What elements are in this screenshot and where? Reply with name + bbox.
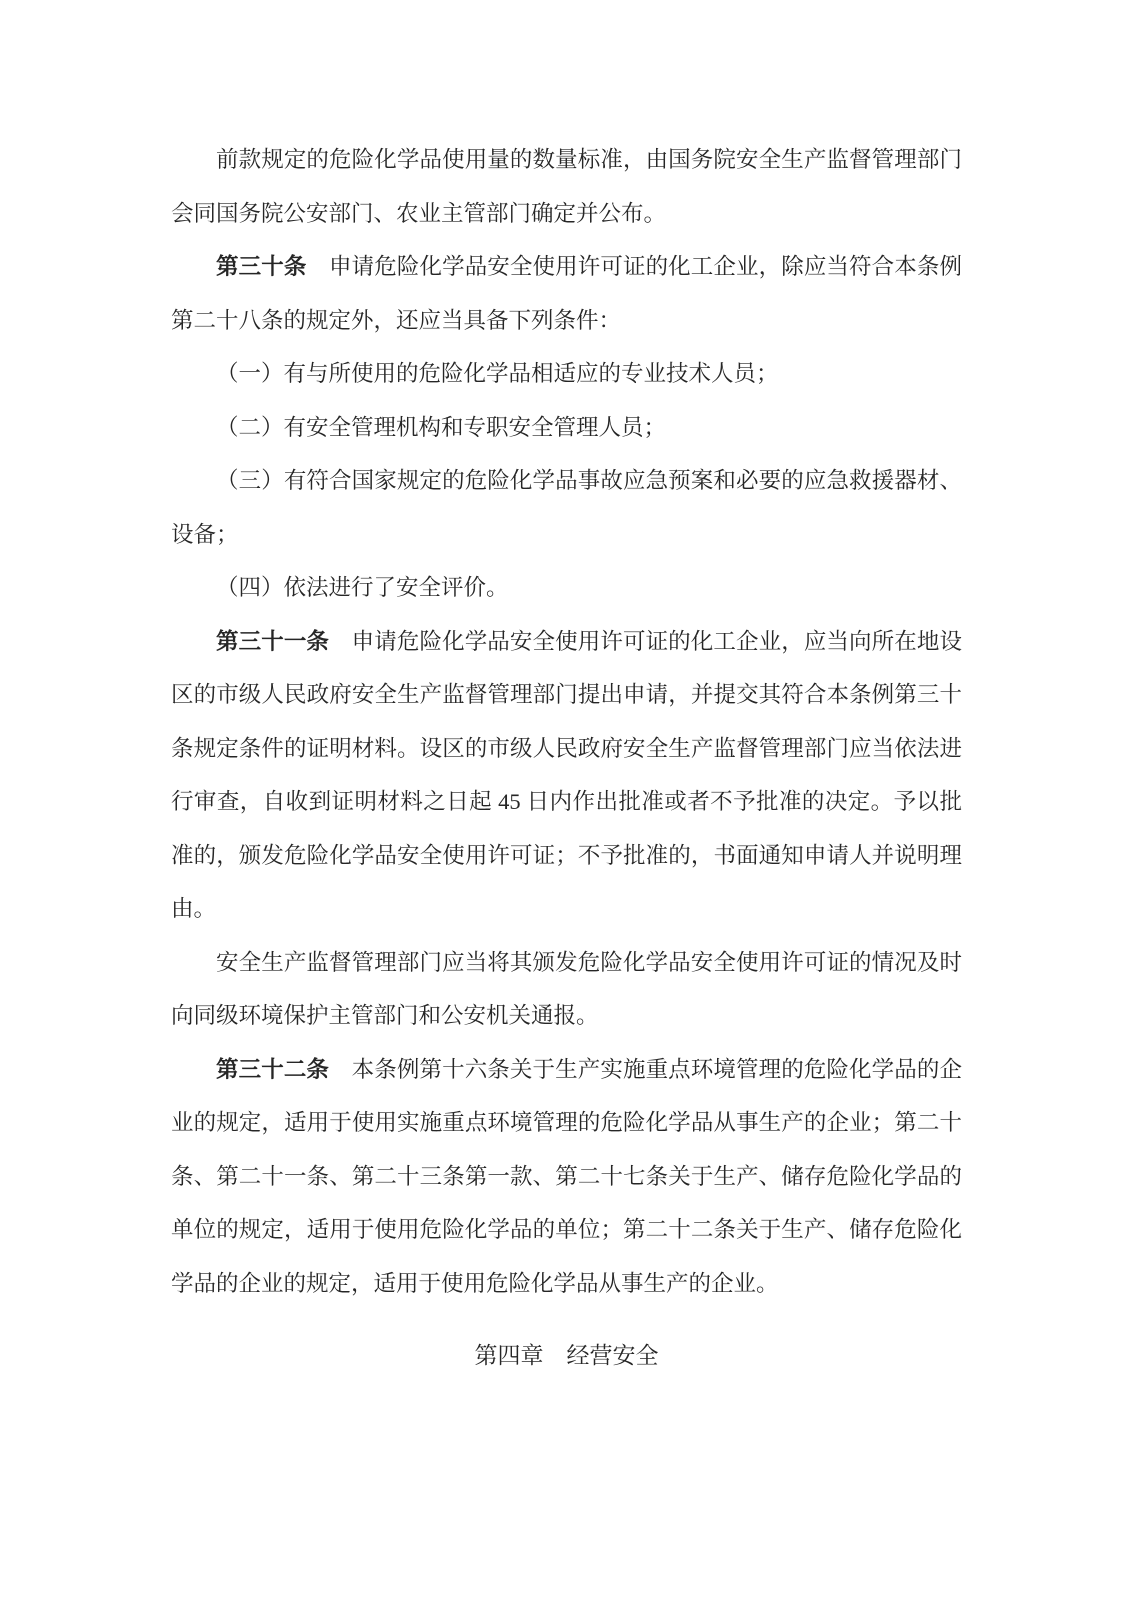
list-item-paragraph: （二）有安全管理机构和专职安全管理人员；: [171, 401, 962, 455]
article-number: 第三十条: [216, 254, 306, 279]
article-number: 第三十一条: [216, 629, 329, 654]
paragraph: 第三十一条 申请危险化学品安全使用许可证的化工企业，应当向所在地设区的市级人民政…: [171, 615, 962, 936]
paragraph-text: （二）有安全管理机构和专职安全管理人员；: [216, 415, 666, 440]
paragraph-text: （一）有与所使用的危险化学品相适应的专业技术人员；: [216, 361, 779, 386]
paragraph-text: 前款规定的危险化学品使用量的数量标准，由国务院安全生产监督管理部门会同国务院公安…: [171, 147, 962, 226]
paragraph: 安全生产监督管理部门应当将其颁发危险化学品安全使用许可证的情况及时向同级环境保护…: [171, 936, 962, 1043]
document-page: 前款规定的危险化学品使用量的数量标准，由国务院安全生产监督管理部门会同国务院公安…: [0, 0, 1132, 1600]
article-number: 第三十二条: [216, 1057, 329, 1082]
list-item-paragraph: （四）依法进行了安全评价。: [171, 561, 962, 615]
paragraph-text: 申请危险化学品安全使用许可证的化工企业，应当向所在地设区的市级人民政府安全生产监…: [171, 629, 962, 922]
paragraph-text: 本条例第十六条关于生产实施重点环境管理的危险化学品的企业的规定，适用于使用实施重…: [171, 1057, 962, 1296]
list-item-paragraph: （一）有与所使用的危险化学品相适应的专业技术人员；: [171, 347, 962, 401]
chapter-heading: 第四章 经营安全: [171, 1329, 962, 1383]
paragraph: 第三十条 申请危险化学品安全使用许可证的化工企业，除应当符合本条例第二十八条的规…: [171, 240, 962, 347]
document-text-block: 前款规定的危险化学品使用量的数量标准，由国务院安全生产监督管理部门会同国务院公安…: [171, 133, 962, 1383]
paragraph: 前款规定的危险化学品使用量的数量标准，由国务院安全生产监督管理部门会同国务院公安…: [171, 133, 962, 240]
paragraph: 第三十二条 本条例第十六条关于生产实施重点环境管理的危险化学品的企业的规定，适用…: [171, 1043, 962, 1311]
list-item-paragraph: （三）有符合国家规定的危险化学品事故应急预案和必要的应急救援器材、设备；: [171, 454, 962, 561]
paragraph-text: （三）有符合国家规定的危险化学品事故应急预案和必要的应急救援器材、设备；: [171, 468, 962, 547]
paragraph-text: 安全生产监督管理部门应当将其颁发危险化学品安全使用许可证的情况及时向同级环境保护…: [171, 950, 962, 1029]
paragraph-text: （四）依法进行了安全评价。: [216, 575, 509, 600]
